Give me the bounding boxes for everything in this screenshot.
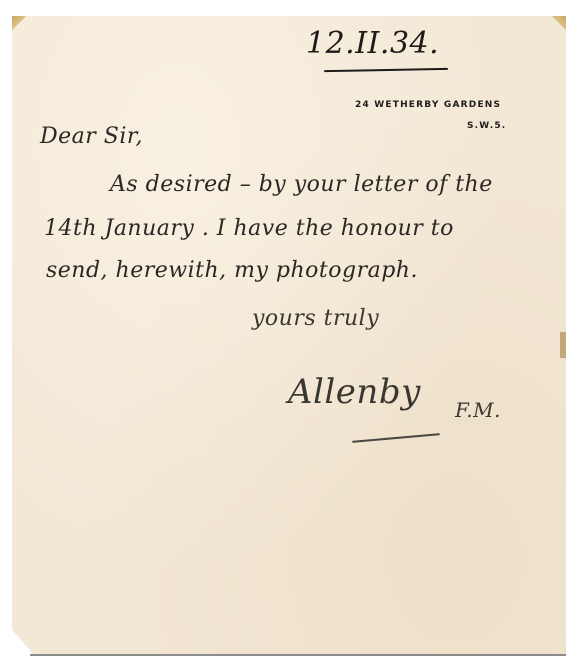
letterhead-address-line1: 24 WETHERBY GARDENS <box>355 100 501 110</box>
body-line-1: As desired – by your letter of the <box>110 172 493 197</box>
signature-suffix: F.M. <box>455 398 501 422</box>
photo-corner-top-right <box>552 16 566 30</box>
salutation: Dear Sir, <box>40 124 143 149</box>
edge-stain <box>560 332 566 358</box>
letter-date: 12.II.34. <box>306 26 439 61</box>
letterhead-address-line2: S.W.5. <box>467 121 506 131</box>
letter-paper <box>12 16 566 655</box>
closing: yours truly <box>252 306 379 331</box>
photo-corner-top-left <box>12 16 26 30</box>
body-line-3: send, herewith, my photograph. <box>46 258 418 283</box>
body-line-2: 14th January . I have the honour to <box>44 216 454 241</box>
signature: Allenby <box>288 372 421 412</box>
paper-edge <box>30 654 566 656</box>
